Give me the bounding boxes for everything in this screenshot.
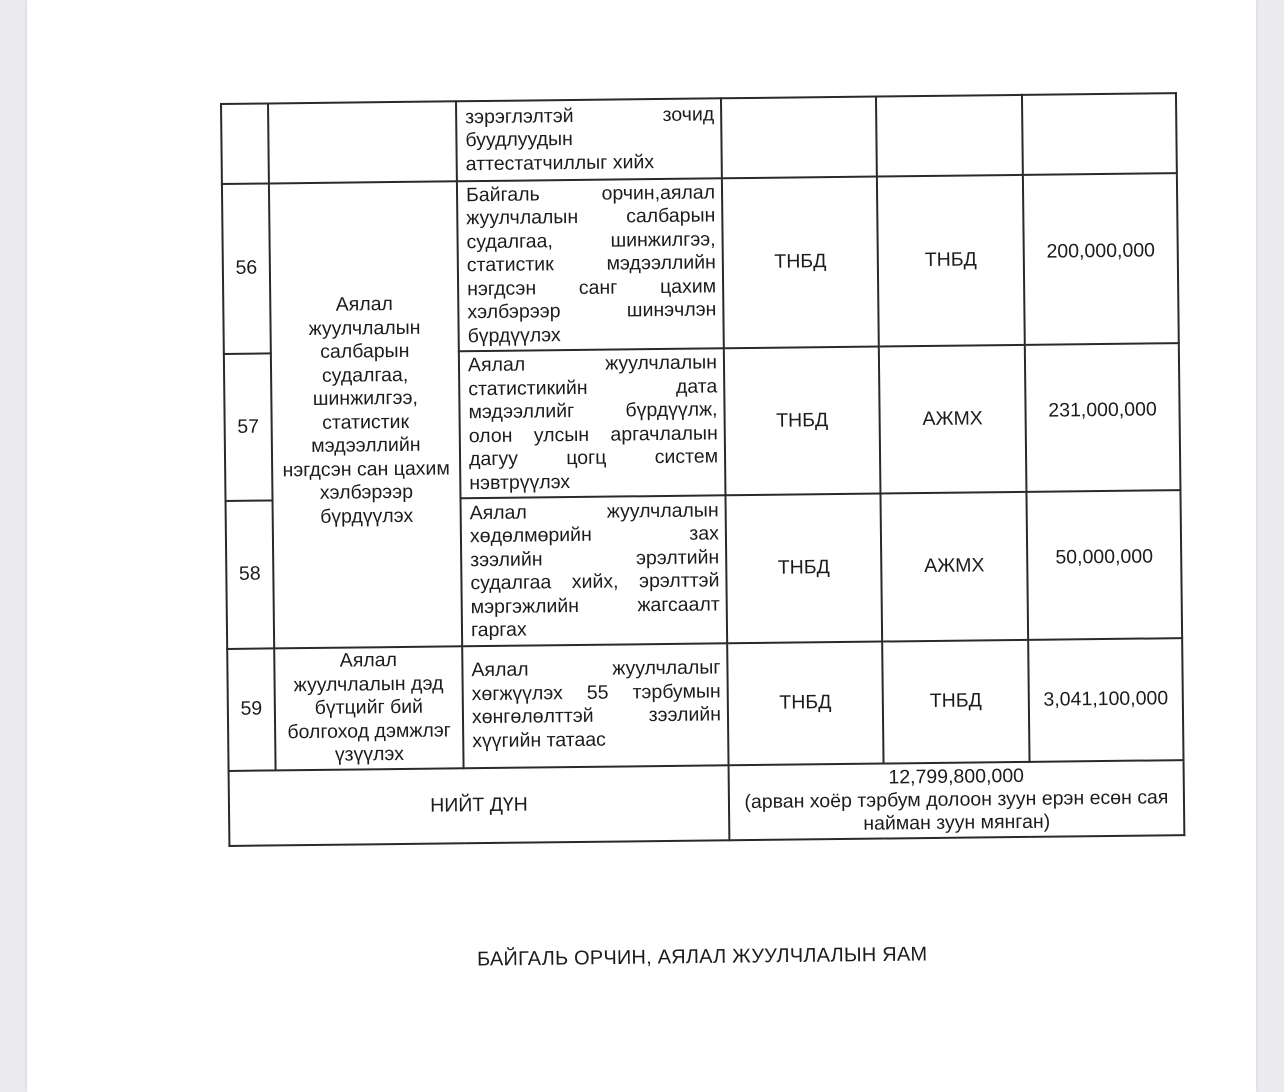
- document-page: зэрэглэлтэй зочидбуудлуудынаттестатчиллы…: [27, 0, 1256, 1092]
- activity-lines: Байгаль орчин,аялалжуулчлалын салбарынсу…: [466, 181, 717, 348]
- activity-line: мэргэжлийн жагсаалт: [471, 593, 720, 619]
- activity-line: Аялал жуулчлалын: [468, 351, 717, 377]
- activity-lines: зэрэглэлтэй зочидбуудлуудынаттестатчиллы…: [465, 103, 715, 176]
- budget-table: зэрэглэлтэй зочидбуудлуудынаттестатчиллы…: [220, 92, 1185, 847]
- activity-line: статистик мэдээллийн: [467, 252, 716, 278]
- activity-line: зээлийн эрэлтийн: [470, 546, 719, 572]
- activity-cell: Аялал жуулчлалыгхөгжүүлэх 55 тэрбумынхөн…: [462, 643, 728, 768]
- activity-line: нэгдсэн санг цахим: [467, 275, 716, 301]
- activity-line: Байгаль орчин,аялал: [466, 181, 715, 207]
- row-number: 59: [227, 648, 275, 771]
- activity-line: мэдээллийг бүрдүүлж,: [468, 398, 717, 424]
- activity-line: хөнгөлөлттэй зээлийн: [472, 703, 721, 729]
- funding-cell: АЖМХ: [880, 492, 1028, 642]
- responsible-cell: ТНБД: [722, 177, 879, 349]
- responsible-cell: ТНБД: [724, 347, 881, 496]
- activity-line: гаргах: [471, 616, 720, 642]
- activity-cell: Аялал жуулчлалынстатистикийн датамэдээлл…: [459, 348, 726, 498]
- amount-cell: 3,041,100,000: [1028, 638, 1183, 762]
- total-label: НИЙТ ДҮН: [229, 765, 730, 846]
- activity-line: дагуу цогц систем: [469, 445, 718, 471]
- table-row-continued: зэрэглэлтэй зочидбуудлуудынаттестатчиллы…: [221, 93, 1177, 184]
- activity-lines: Аялал жуулчлалынстатистикийн датамэдээлл…: [468, 351, 719, 495]
- activity-line: нэвтрүүлэх: [469, 469, 718, 495]
- activity-line: хөгжүүлэх 55 тэрбумын: [472, 680, 721, 706]
- total-amount-words: (арван хоёр тэрбум долоон зуун ерэн есөн…: [730, 786, 1183, 837]
- activity-line: судалгаа, шинжилгээ,: [466, 228, 715, 254]
- responsible-cell: ТНБД: [725, 494, 882, 644]
- responsible-cell: ТНБД: [727, 642, 883, 766]
- row-number: 57: [224, 353, 273, 501]
- row-number: [221, 103, 269, 184]
- activity-line: хүүгийн татаас: [472, 727, 721, 753]
- activity-cell: зэрэглэлтэй зочидбуудлуудынаттестатчиллы…: [456, 98, 722, 181]
- activity-line: аттестатчиллыг хийх: [466, 150, 715, 176]
- row-number: 56: [222, 183, 271, 354]
- ministry-name: БАЙГАЛЬ ОРЧИН, АЯЛАЛ ЖУУЛЧЛАЛЫН ЯАМ: [477, 943, 928, 971]
- funding-cell: ТНБД: [882, 640, 1029, 764]
- activity-line: хөдөлмөрийн зах: [470, 522, 719, 548]
- activity-line: бүрдүүлэх: [468, 322, 717, 348]
- activity-cell: Аялал жуулчлалынхөдөлмөрийн захзээлийн э…: [460, 495, 727, 646]
- funding-cell: [876, 95, 1023, 177]
- activity-line: статистикийн дата: [468, 375, 717, 401]
- activity-lines: Аялал жуулчлалыгхөгжүүлэх 55 тэрбумынхөн…: [471, 656, 721, 753]
- goal-cell-merged: Аялал жуулчлалын салбарын судалгаа, шинж…: [269, 181, 462, 648]
- row-number: 58: [226, 500, 275, 649]
- table-row: 56 Аялал жуулчлалын салбарын судалгаа, ш…: [222, 173, 1179, 354]
- activity-lines: Аялал жуулчлалынхөдөлмөрийн захзээлийн э…: [470, 499, 721, 643]
- responsible-cell: [721, 97, 877, 179]
- goal-cell: [268, 101, 457, 183]
- amount-cell: 200,000,000: [1023, 173, 1179, 345]
- activity-line: судалгаа хийх, эрэлттэй: [470, 569, 719, 595]
- table-row: 59 Аялал жуулчлалын дэд бүтцийг бий болг…: [227, 638, 1183, 771]
- amount-cell: [1022, 93, 1177, 175]
- amount-cell: 231,000,000: [1025, 343, 1181, 492]
- activity-line: хэлбэрээр шинэчлэн: [467, 299, 716, 325]
- activity-line: буудлуудын: [465, 127, 714, 153]
- funding-cell: АЖМХ: [879, 345, 1027, 494]
- total-row: НИЙТ ДҮН 12,799,800,000 (арван хоёр тэрб…: [229, 760, 1185, 846]
- activity-line: Аялал жуулчлалыг: [471, 656, 720, 682]
- total-amount-cell: 12,799,800,000 (арван хоёр тэрбум долоон…: [729, 760, 1185, 840]
- activity-line: олон улсын аргачлалын: [469, 422, 718, 448]
- activity-cell: Байгаль орчин,аялалжуулчлалын салбарынсу…: [457, 178, 724, 351]
- activity-line: жуулчлалын салбарын: [466, 205, 715, 231]
- goal-cell: Аялал жуулчлалын дэд бүтцийг бий болгохо…: [274, 646, 463, 770]
- activity-line: зэрэглэлтэй зочид: [465, 103, 714, 129]
- activity-line: Аялал жуулчлалын: [470, 499, 719, 525]
- funding-cell: ТНБД: [877, 175, 1025, 347]
- amount-cell: 50,000,000: [1026, 490, 1182, 640]
- budget-table-wrapper: зэрэглэлтэй зочидбуудлуудынаттестатчиллы…: [220, 92, 1183, 845]
